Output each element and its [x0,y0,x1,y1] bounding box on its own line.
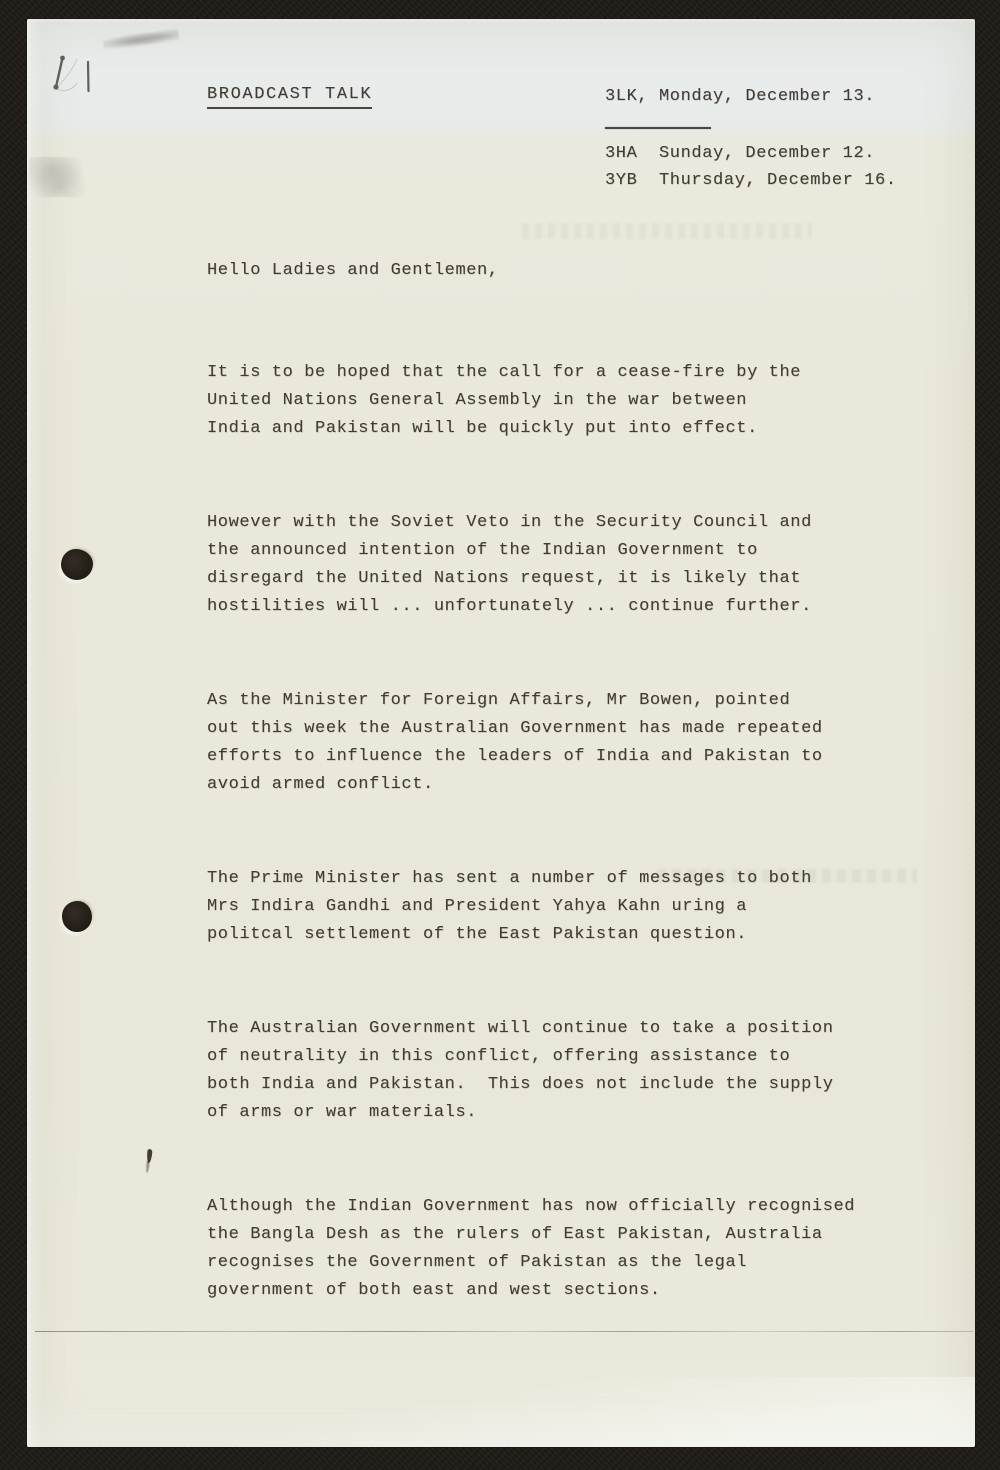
paragraph-neutrality: The Australian Government will continue … [207,1015,897,1127]
document-body: Hello Ladies and Gentlemen, It is to be … [207,219,897,1371]
punch-hole-top [61,549,93,580]
pencil-mark [47,49,107,109]
pencil-smudge [102,28,179,51]
broadcast-primary: 3LK, Monday, December 13. [605,87,875,107]
scan-background: { "colors": { "background": "#1e1a15", "… [0,0,1000,1470]
document-title: BROADCAST TALK [207,85,372,109]
paragraph-soviet-veto: However with the Soviet Veto in the Secu… [207,509,897,621]
paragraph-cease-fire: It is to be hoped that the call for a ce… [207,359,897,443]
paper-edge-highlight [27,19,43,1447]
salutation: Hello Ladies and Gentlemen, [207,257,897,285]
scan-artifact-line [35,1331,973,1332]
paragraph-foreign-minister: As the Minister for Foreign Affairs, Mr … [207,687,897,799]
paragraph-recognition: Although the Indian Government has now o… [207,1193,897,1305]
document-page: BROADCAST TALK 3LK, Monday, December 13.… [27,19,975,1447]
ink-speck [147,1149,153,1163]
paper-crease [27,1377,975,1447]
broadcast-secondary: 3HA Sunday, December 12. [605,144,875,164]
paragraph-prime-minister: The Prime Minister has sent a number of … [207,865,897,949]
broadcast-tertiary: 3YB Thursday, December 16. [605,171,897,191]
broadcast-separator-rule [605,127,711,129]
punch-hole-bottom [62,901,92,932]
